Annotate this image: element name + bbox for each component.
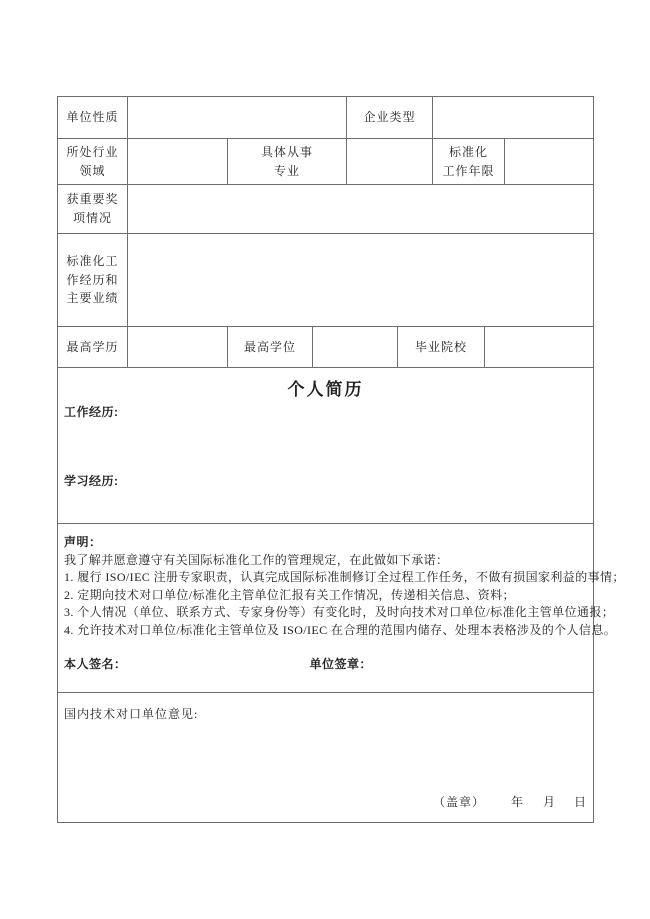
unit-seal-label: 单位签章：: [310, 655, 373, 672]
declaration-intro: 我了解并愿意遵守有关国际标准化工作的管理规定，在此做如下承诺：: [64, 552, 586, 569]
declaration-section: 声明： 我了解并愿意遵守有关国际标准化工作的管理规定，在此做如下承诺： 1. 履…: [58, 524, 594, 693]
seal-date-line: （盖章） 年 月 日: [433, 793, 587, 810]
declaration-title: 声明：: [64, 533, 586, 550]
day-label: 日: [574, 793, 587, 810]
std-experience-label: 标准化工 作经历和 主要业绩: [58, 234, 128, 327]
graduate-school-field[interactable]: [485, 327, 594, 368]
std-work-years-field[interactable]: [505, 139, 594, 185]
unit-nature-field[interactable]: [128, 97, 347, 139]
row-industry-profession: 所处行业 领域 具体从事 专业 标准化 工作年限: [58, 139, 594, 185]
study-experience-label: 学习经历:: [64, 472, 119, 489]
resume-section: 个人简历 工作经历: 学习经历:: [58, 368, 594, 524]
row-std-experience: 标准化工 作经历和 主要业绩: [58, 234, 594, 327]
std-work-years-label: 标准化 工作年限: [433, 139, 505, 185]
resume-title: 个人简历: [58, 368, 593, 400]
declaration-item-4: 4. 允许技术对口单位/标准化主管单位及 ISO/IEC 在合理的范围内储存、处…: [64, 622, 586, 639]
highest-degree-field[interactable]: [313, 327, 398, 368]
graduate-school-label: 毕业院校: [398, 327, 485, 368]
std-experience-field[interactable]: [128, 234, 594, 327]
awards-field[interactable]: [128, 185, 594, 234]
work-experience-label: 工作经历:: [64, 403, 119, 420]
enterprise-type-field[interactable]: [433, 97, 594, 139]
unit-nature-label: 单位性质: [58, 97, 128, 139]
registration-form-table: 单位性质 企业类型 所处行业 领域 具体从事 专业 标准化 工作年限 获重要奖 …: [57, 96, 594, 823]
opinion-label: 国内技术对口单位意见:: [64, 705, 198, 722]
profession-field[interactable]: [347, 139, 433, 185]
declaration-item-3: 3. 个人情况（单位、联系方式、专家身份等）有变化时，及时向技术对口单位/标准化…: [64, 604, 586, 621]
signature-label: 本人签名：: [64, 655, 127, 672]
year-label: 年: [511, 793, 524, 810]
highest-degree-label: 最高学位: [228, 327, 313, 368]
highest-education-label: 最高学历: [58, 327, 128, 368]
declaration-item-2: 2. 定期向技术对口单位/标准化主管单位汇报有关工作情况，传递相关信息、资料；: [64, 587, 586, 604]
document-page: 单位性质 企业类型 所处行业 领域 具体从事 专业 标准化 工作年限 获重要奖 …: [0, 0, 650, 919]
declaration-item-1: 1. 履行 ISO/IEC 注册专家职责，认真完成国际标准制修订全过程工作任务，…: [64, 569, 586, 586]
highest-education-field[interactable]: [128, 327, 228, 368]
row-unit-nature: 单位性质 企业类型: [58, 97, 594, 139]
opinion-section: 国内技术对口单位意见: （盖章） 年 月 日: [58, 693, 594, 823]
row-awards: 获重要奖 项情况: [58, 185, 594, 234]
seal-note: （盖章）: [433, 793, 485, 810]
industry-field-field[interactable]: [128, 139, 228, 185]
profession-label: 具体从事 专业: [228, 139, 347, 185]
month-label: 月: [543, 793, 556, 810]
industry-field-label: 所处行业 领域: [58, 139, 128, 185]
row-education: 最高学历 最高学位 毕业院校: [58, 327, 594, 368]
enterprise-type-label: 企业类型: [347, 97, 433, 139]
awards-label: 获重要奖 项情况: [58, 185, 128, 234]
